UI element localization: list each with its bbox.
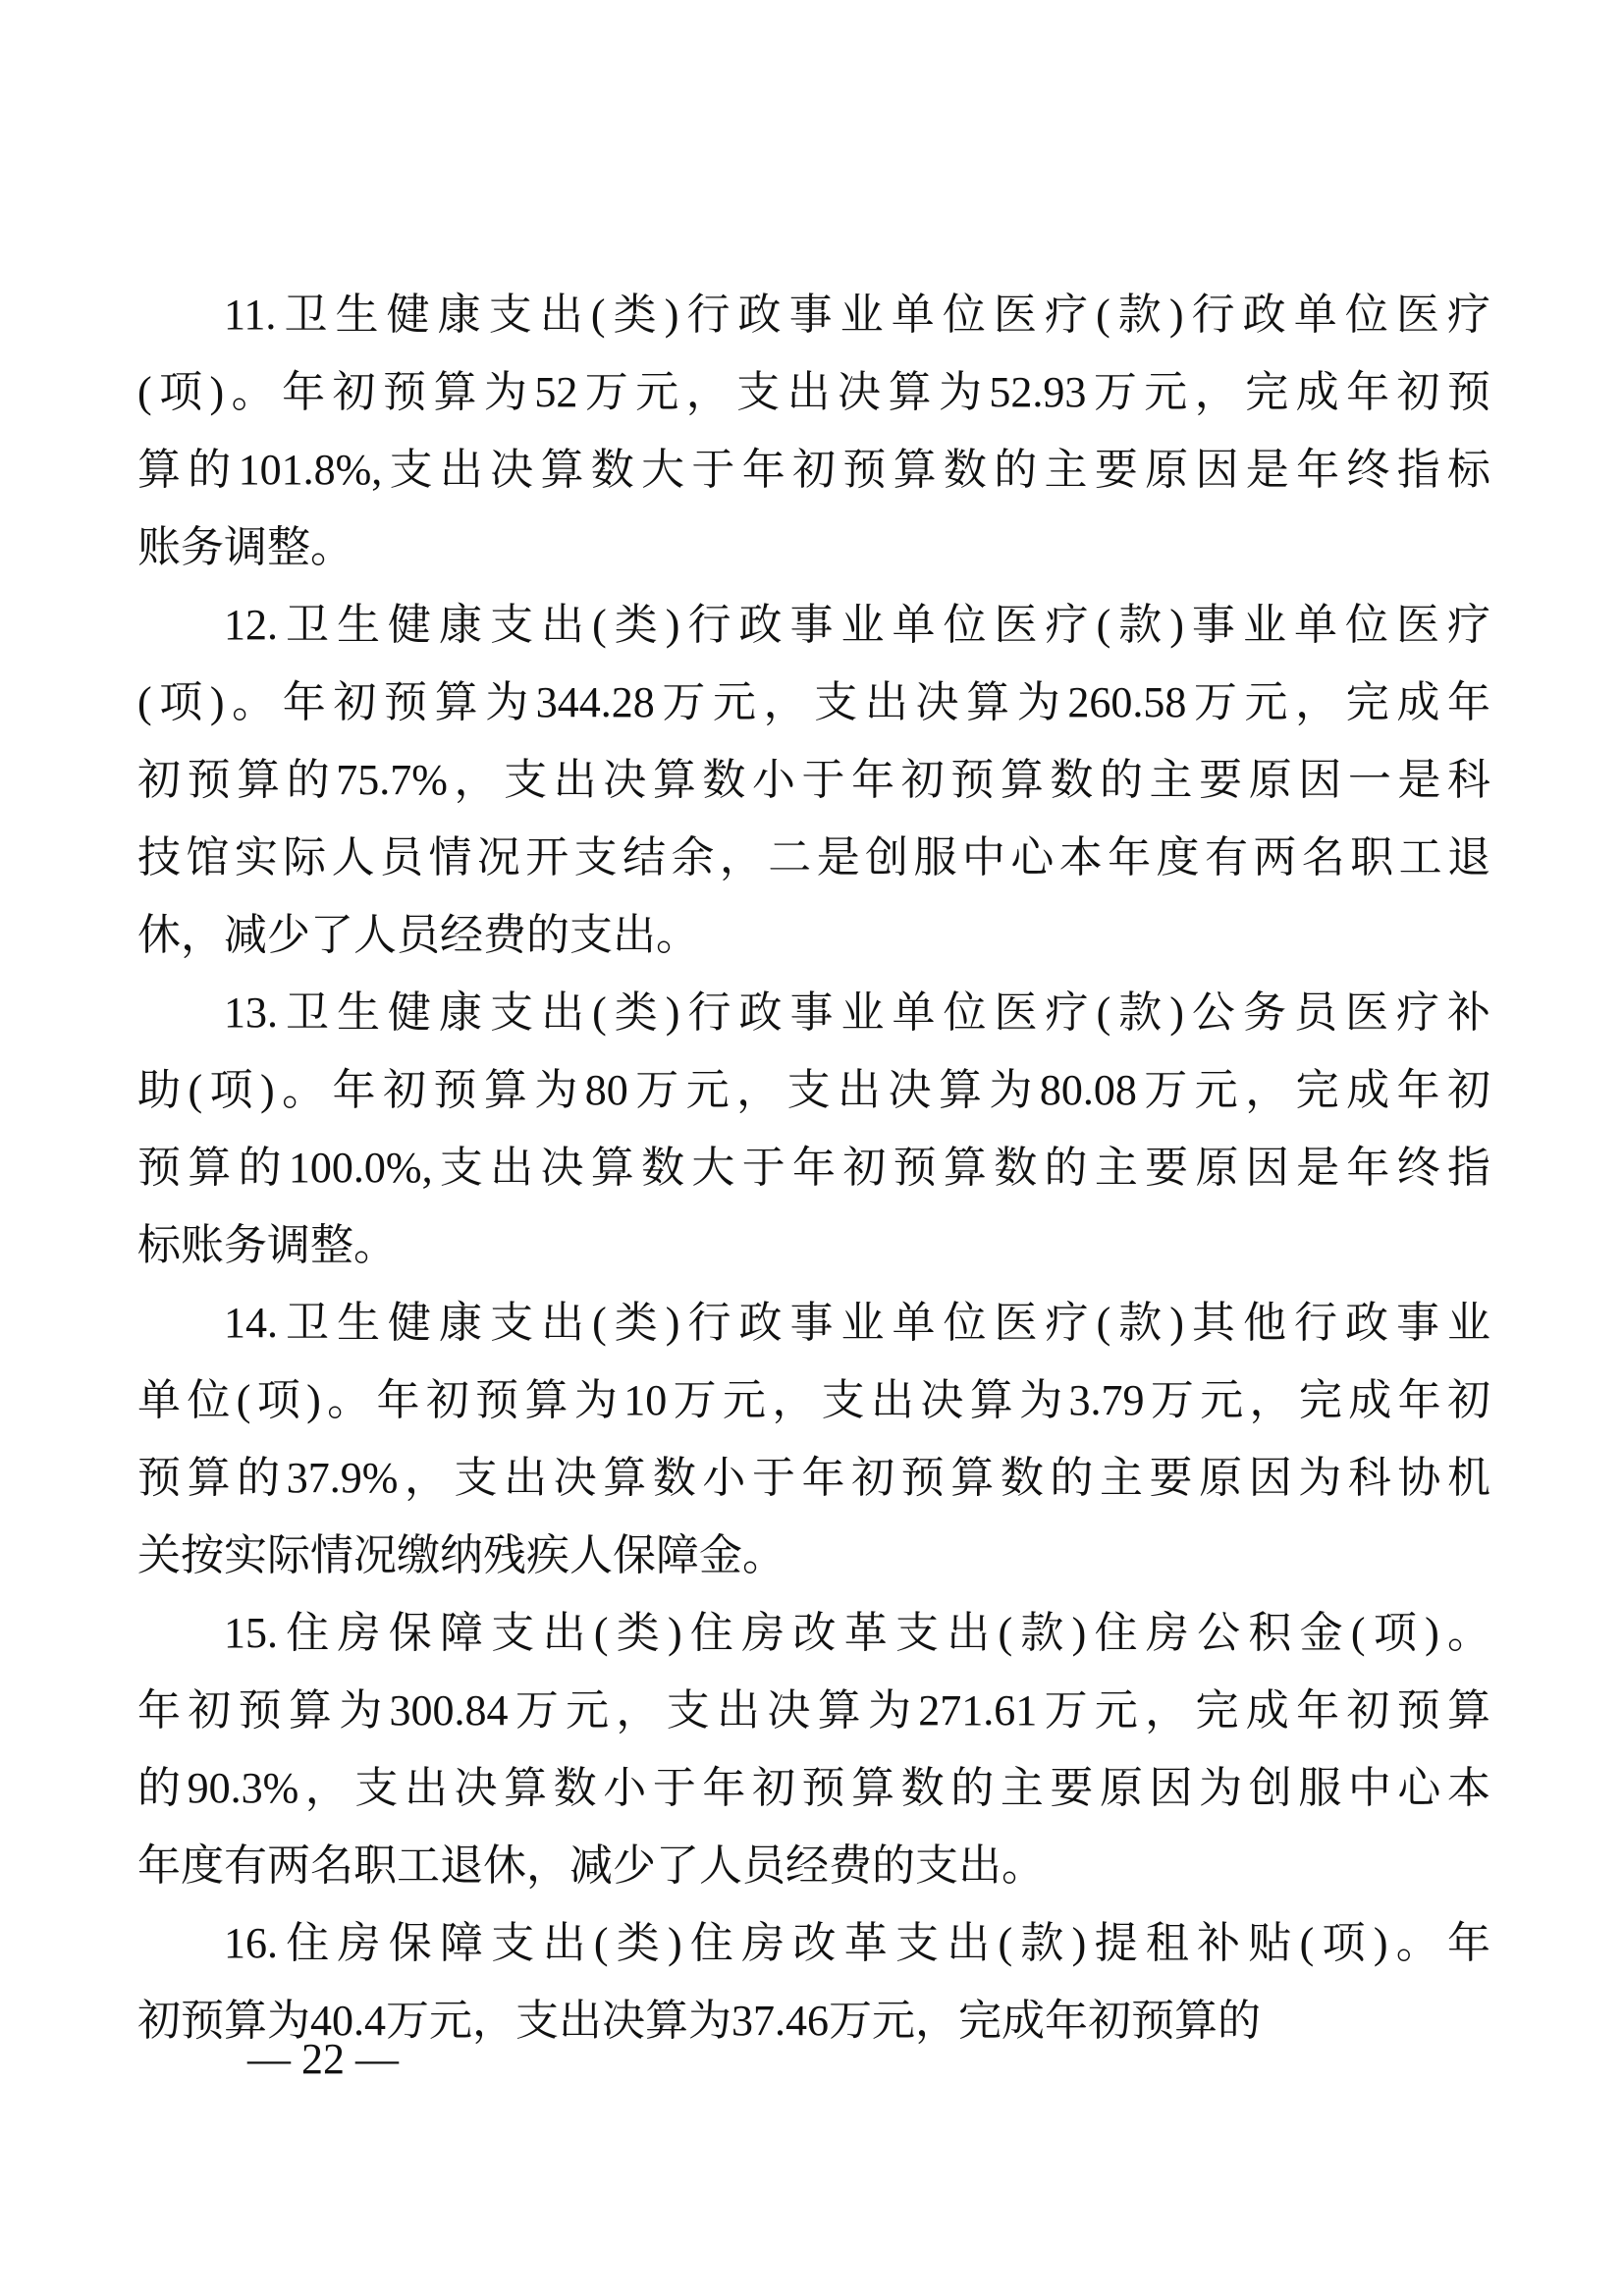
paragraph-13: 13.卫生健康支出(类)行政事业单位医疗(款)公务员医疗补助(项)。年初预算为8… bbox=[137, 974, 1490, 1284]
document-body: 11.卫生健康支出(类)行政事业单位医疗(款)行政单位医疗(项)。年初预算为52… bbox=[137, 276, 1490, 2059]
text-line: 标账务调整。 bbox=[137, 1206, 1490, 1284]
paragraph-11: 11.卫生健康支出(类)行政事业单位医疗(款)行政单位医疗(项)。年初预算为52… bbox=[137, 276, 1490, 586]
text-line: 休，减少了人员经费的支出。 bbox=[137, 896, 1490, 974]
text-line: 14.卫生健康支出(类)行政事业单位医疗(款)其他行政事业 bbox=[137, 1284, 1490, 1362]
text-line: 单位(项)。年初预算为10万元，支出决算为3.79万元，完成年初 bbox=[137, 1362, 1490, 1439]
text-line: (项)。年初预算为52万元，支出决算为52.93万元，完成年初预 bbox=[137, 353, 1490, 431]
text-line: 预算的100.0%,支出决算数大于年初预算数的主要原因是年终指 bbox=[137, 1129, 1490, 1206]
text-line: 技馆实际人员情况开支结余，二是创服中心本年度有两名职工退 bbox=[137, 819, 1490, 896]
text-line: 预算的37.9%，支出决算数小于年初预算数的主要原因为科协机 bbox=[137, 1439, 1490, 1517]
text-line: 初预算的75.7%，支出决算数小于年初预算数的主要原因一是科 bbox=[137, 741, 1490, 819]
paragraph-12: 12.卫生健康支出(类)行政事业单位医疗(款)事业单位医疗(项)。年初预算为34… bbox=[137, 586, 1490, 974]
text-line: 的90.3%，支出决算数小于年初预算数的主要原因为创服中心本 bbox=[137, 1749, 1490, 1827]
paragraph-14: 14.卫生健康支出(类)行政事业单位医疗(款)其他行政事业单位(项)。年初预算为… bbox=[137, 1284, 1490, 1594]
text-line: 12.卫生健康支出(类)行政事业单位医疗(款)事业单位医疗 bbox=[137, 586, 1490, 664]
paragraph-15: 15.住房保障支出(类)住房改革支出(款)住房公积金(项)。年初预算为300.8… bbox=[137, 1594, 1490, 1904]
text-line: (项)。年初预算为344.28万元，支出决算为260.58万元，完成年 bbox=[137, 664, 1490, 741]
text-line: 年初预算为300.84万元，支出决算为271.61万元，完成年初预算 bbox=[137, 1672, 1490, 1749]
text-line: 11.卫生健康支出(类)行政事业单位医疗(款)行政单位医疗 bbox=[137, 276, 1490, 353]
page-number: — 22 — bbox=[247, 2030, 399, 2089]
text-line: 15.住房保障支出(类)住房改革支出(款)住房公积金(项)。 bbox=[137, 1594, 1490, 1672]
document-page: 11.卫生健康支出(类)行政事业单位医疗(款)行政单位医疗(项)。年初预算为52… bbox=[0, 0, 1624, 2296]
text-line: 13.卫生健康支出(类)行政事业单位医疗(款)公务员医疗补 bbox=[137, 974, 1490, 1051]
text-line: 16.住房保障支出(类)住房改革支出(款)提租补贴(项)。年 bbox=[137, 1904, 1490, 1982]
text-line: 关按实际情况缴纳残疾人保障金。 bbox=[137, 1517, 1490, 1594]
text-line: 年度有两名职工退休，减少了人员经费的支出。 bbox=[137, 1827, 1490, 1904]
text-line: 算的101.8%,支出决算数大于年初预算数的主要原因是年终指标 bbox=[137, 431, 1490, 508]
text-line: 账务调整。 bbox=[137, 508, 1490, 586]
text-line: 助(项)。年初预算为80万元，支出决算为80.08万元，完成年初 bbox=[137, 1051, 1490, 1129]
